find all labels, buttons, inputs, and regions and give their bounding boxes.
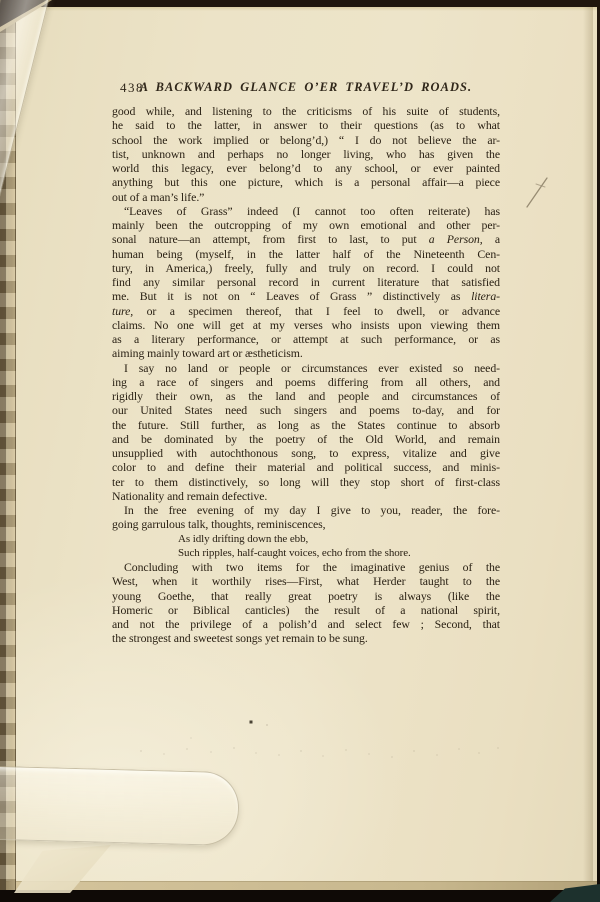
text-line: unsupplied with autochthonous song, to e… — [112, 446, 500, 460]
text-block: good while, and listening to the critici… — [112, 104, 500, 646]
text-line: good while, and listening to the critici… — [112, 104, 500, 118]
text-line: anything but this one picture, which is … — [112, 175, 500, 189]
text-line: tury, in America,) freely, fully and tru… — [112, 261, 500, 275]
text-line: color to and define their material and p… — [112, 460, 500, 474]
page-number: 438 — [120, 80, 144, 96]
pencil-check-mark — [518, 172, 554, 214]
running-title: A BACKWARD GLANCE O’ER TRAVEL’D ROADS. — [112, 80, 500, 95]
text-line: I say no land or people or circumstances… — [112, 361, 500, 375]
paragraph: I say no land or people or circumstances… — [112, 361, 500, 504]
verse-block: As idly drifting down the ebb,Such rippl… — [112, 532, 500, 561]
text-line: find any similar personal record in curr… — [112, 275, 500, 289]
text-line: out of a man’s life.” — [112, 190, 500, 204]
text-line: our United States need such singers and … — [112, 403, 500, 417]
plastic-tab-bottom-left — [0, 766, 240, 846]
text-line: he said to the latter, in answer to thei… — [112, 118, 500, 132]
paragraph: good while, and listening to the critici… — [112, 104, 500, 204]
text-line: Nationality and remain defective. — [112, 489, 500, 503]
text-line: Such ripples, half-caught voices, echo f… — [178, 546, 500, 560]
page-right-shadow — [583, 7, 593, 882]
text-line: as a literary performance, or attempt at… — [112, 332, 500, 346]
text-line: world this legacy, ever belong’d to any … — [112, 161, 500, 175]
text-line: Homeric or Biblical canticles) the resul… — [112, 603, 500, 617]
text-line: the strongest and sweetest songs yet rem… — [112, 631, 500, 645]
page-header: 438 A BACKWARD GLANCE O’ER TRAVEL’D ROAD… — [112, 80, 500, 96]
text-line: me. But it is not on “ Leaves of Grass ”… — [112, 289, 500, 303]
text-line: Concluding with two items for the imagin… — [112, 560, 500, 574]
paragraph: In the free evening of my day I give to … — [112, 503, 500, 532]
text-line: mainly been the outcropping of my own em… — [112, 218, 500, 232]
text-line: tist, unknown and perhaps no longer livi… — [112, 147, 500, 161]
text-line: West, when it worthily rises—First, what… — [112, 574, 500, 588]
text-line: As idly drifting down the ebb, — [178, 532, 500, 546]
photo-frame: 438 A BACKWARD GLANCE O’ER TRAVEL’D ROAD… — [0, 0, 600, 902]
text-line: and not the privilege of a polish’d and … — [112, 617, 500, 631]
page-bottom-edge — [6, 881, 597, 890]
text-line: school the work implied or belong’d,) “ … — [112, 133, 500, 147]
paragraph: “Leaves of Grass” indeed (I cannot too o… — [112, 204, 500, 361]
paragraph: Concluding with two items for the imagin… — [112, 560, 500, 646]
text-line: young Goethe, that really great poetry i… — [112, 589, 500, 603]
text-line: In the free evening of my day I give to … — [112, 503, 500, 517]
text-line: ture, or a specimen thereof, that I feel… — [112, 304, 500, 318]
text-line: claims. No one will get at my verses who… — [112, 318, 500, 332]
text-line: sonal nature—an attempt, from first to l… — [112, 232, 500, 246]
text-line: ing a race of singers and poems differin… — [112, 375, 500, 389]
text-line: “Leaves of Grass” indeed (I cannot too o… — [112, 204, 500, 218]
text-line: ter to them distinctively, so long will … — [112, 475, 500, 489]
text-line: the future. Still further, as long as th… — [112, 418, 500, 432]
text-line: going garrulous talk, thoughts, reminisc… — [112, 517, 500, 531]
text-line: and be dominated by the poetry of the Ol… — [112, 432, 500, 446]
text-line: aiming mainly toward art or æstheticism. — [112, 346, 500, 360]
text-line: human being (myself, in the latter half … — [112, 247, 500, 261]
text-line: rigidly their own, as the land and peopl… — [112, 389, 500, 403]
